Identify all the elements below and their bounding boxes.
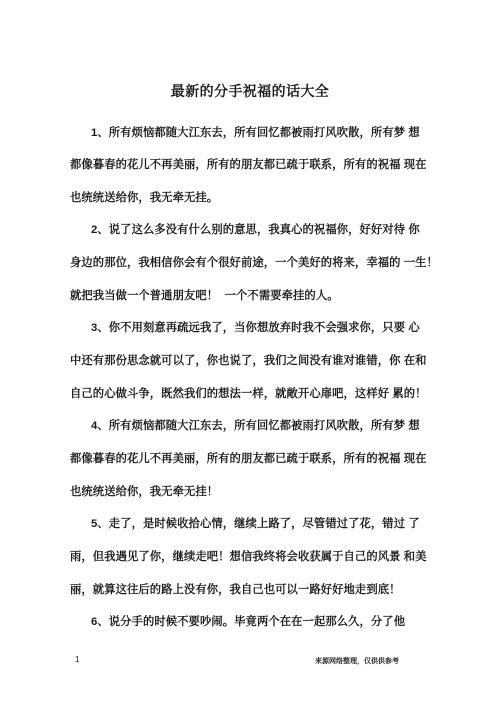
page-footer: 1 来源网络整理，仅供供参考 bbox=[0, 654, 500, 670]
document-body: 1、所有烦恼都随大江东去，所有回忆都被雨打风吹散，所有梦 想 都像暮春的花儿不再… bbox=[70, 117, 442, 640]
document-page: 最新的分手祝福的话大全 1、所有烦恼都随大江东去，所有回忆都被雨打风吹散，所有梦… bbox=[0, 0, 500, 708]
page-number: 1 bbox=[75, 655, 79, 664]
paragraph-1: 1、所有烦恼都随大江东去，所有回忆都被雨打风吹散，所有梦 想 都像暮春的花儿不再… bbox=[70, 117, 442, 215]
paragraph-6: 6、说分手的时候不要吵闹。毕竟两个在在一起那么久，分了他 bbox=[70, 606, 442, 639]
paragraph-4: 4、所有烦恼都随大江东去，所有回忆都被雨打风吹散，所有梦 想 都像暮春的花儿不再… bbox=[70, 410, 442, 508]
paragraph-5: 5、走了，是时候收拾心情，继续上路了，尽管错过了花，错过 了 雨，但我遇见了你，… bbox=[70, 508, 442, 606]
paragraph-2: 2、说了这么多没有什么别的意思，我真心的祝福你，好好对待 你 身边的那位，我相信… bbox=[70, 214, 442, 312]
page-title: 最新的分手祝福的话大全 bbox=[0, 81, 500, 101]
paragraph-3: 3、你不用刻意再疏远我了，当你想放弃时我不会强求你，只要 心 中还有那份思念就可… bbox=[70, 312, 442, 410]
footer-source-note: 来源网络整理，仅供供参考 bbox=[315, 656, 399, 666]
